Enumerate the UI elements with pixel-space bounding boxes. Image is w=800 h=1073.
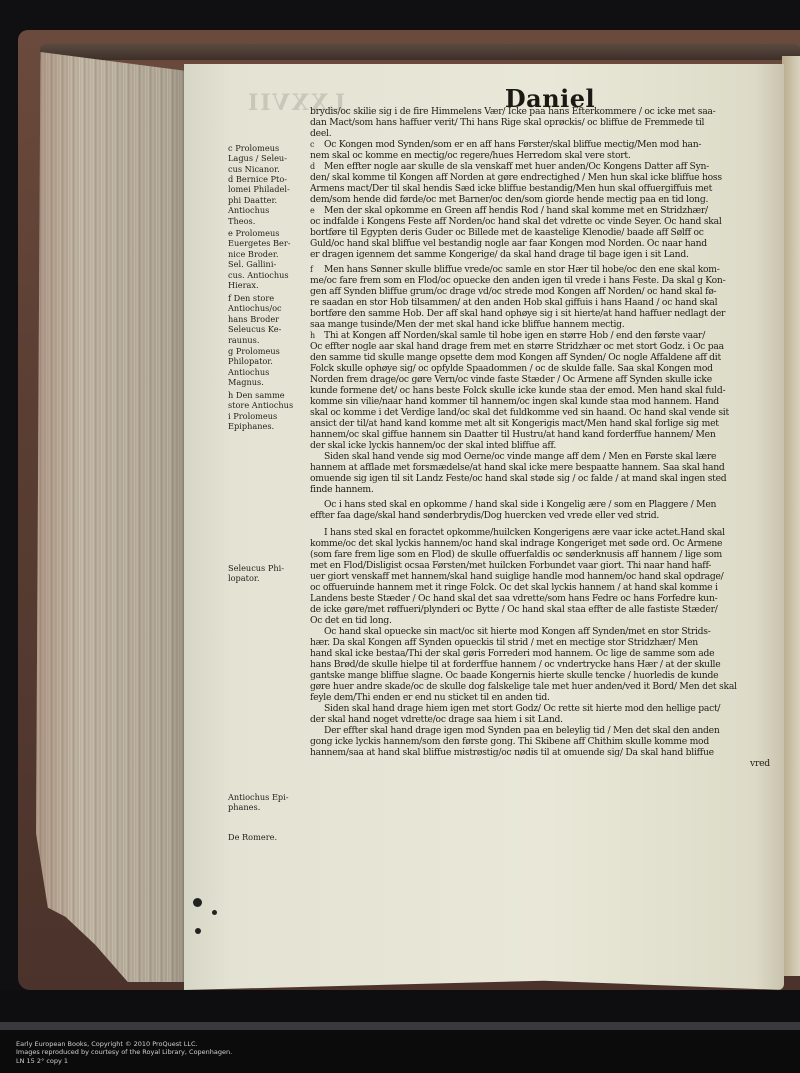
copyright-footer: Early European Books, Copyright © 2010 P… (16, 1040, 232, 1065)
line-text: uer giort venskaff met hannem/skal hand … (310, 571, 724, 582)
line-text: skal oc komme i det Verdige land/oc skal… (310, 407, 729, 418)
text-line: Oc effter nogle aar skal hand drage frem… (310, 341, 724, 352)
margin-note: e Prolomeus Euergetes Ber- nice Broder. … (228, 228, 291, 290)
text-line: der skal hand noget vdrette/oc drage saa… (310, 714, 563, 725)
text-line: der skal icke lyckis hannem/oc der skal … (310, 440, 556, 451)
text-line: gong icke lyckis hannem/som den første g… (310, 736, 709, 747)
line-text: Norden frem drage/oc gøre Vern/oc vinde … (310, 374, 712, 385)
line-text: feyle dem/Thi enden er end nu sticket ti… (310, 692, 550, 703)
line-text: effter faa dage/skal hand sønderbrydis/D… (310, 510, 659, 521)
line-text: Men hans Sønner skulle bliffue vrede/oc … (324, 264, 720, 275)
text-line: dMen effter nogle aar skulle de sla vens… (310, 161, 709, 172)
line-text: bortføre til Egypten deris Guder oc Bill… (310, 227, 704, 238)
text-line: gantske mange bliffue slagne. Oc baade K… (310, 670, 718, 681)
ink-blot (193, 898, 202, 907)
facing-page-edge (782, 56, 800, 976)
scan-strip (0, 1022, 800, 1030)
margin-note: De Romere. (228, 832, 277, 842)
text-line: Norden frem drage/oc gøre Vern/oc vinde … (310, 374, 712, 385)
text-line: gøre huer andre skade/oc de skulle dog f… (310, 681, 737, 692)
line-text: oc offueruinde hannem met it ringe Folck… (310, 582, 718, 593)
text-line: finde hannem. (310, 484, 374, 495)
text-line: komme/oc det skal lyckis hannem/oc hand … (310, 538, 722, 549)
line-text: hannem at afflade met forsmædelse/at han… (310, 462, 725, 473)
margin-note: d Bernice Pto- lomei Philadel- phi Daatt… (228, 174, 290, 226)
line-text: den samme tid skulle mange opsette dem m… (310, 352, 721, 363)
footer-line-shelfmark: LN 15 2° copy 1 (16, 1057, 232, 1065)
line-text: hær. Da skal Kongen aff Synden opueckis … (310, 637, 698, 648)
verse-letter: h (310, 331, 324, 340)
line-text: brydis/oc skilie sig i de fire Himmelens… (310, 106, 716, 117)
text-line: kunde formene det/ oc hans beste Folck s… (310, 385, 725, 396)
line-text: gong icke lyckis hannem/som den første g… (310, 736, 709, 747)
text-line: dan Mact/som hans haffuer verit/ Thi han… (310, 117, 704, 128)
text-line: de icke gøre/met røffueri/plynderi oc By… (310, 604, 718, 615)
line-text: er dragen igennem det samme Kongerige/ d… (310, 249, 689, 260)
text-line: er dragen igennem det samme Kongerige/ d… (310, 249, 689, 260)
page-fore-edge (36, 52, 184, 982)
text-line: gen aff Synden bliffue grum/oc drage vd/… (310, 286, 716, 297)
text-line: cOc Kongen mod Synden/som er en aff hans… (310, 139, 701, 150)
text-line: deel. (310, 128, 331, 139)
line-text: met en Flod/Disligist ocsaa Førsten/met … (310, 560, 711, 571)
text-line: feyle dem/Thi enden er end nu sticket ti… (310, 692, 550, 703)
line-text: Folck skulle ophøye sig/ oc opfylde Spaa… (310, 363, 713, 374)
text-line: Der effter skal hand drage igen mod Synd… (324, 725, 720, 736)
line-text: Landens beste Stæder / Oc hand skal det … (310, 593, 717, 604)
text-line: hannem/oc skal giffue hannem sin Daatter… (310, 429, 716, 440)
line-text: Guld/oc hand skal bliffue vel bestandig … (310, 238, 707, 249)
line-text: omuende sig igen til sit Landz Feste/oc … (310, 473, 726, 484)
text-line: Siden skal hand vende sig mod Oerne/oc v… (324, 451, 716, 462)
text-line: (som fare frem lige som en Flod) de skul… (310, 549, 722, 560)
line-text: de icke gøre/met røffueri/plynderi oc By… (310, 604, 718, 615)
line-text: der skal icke lyckis hannem/oc der skal … (310, 440, 556, 451)
line-text: gantske mange bliffue slagne. Oc baade K… (310, 670, 718, 681)
text-line: hThi at Kongen aff Norden/skal samle til… (310, 330, 705, 341)
line-text: deel. (310, 128, 331, 139)
line-text: gøre huer andre skade/oc de skulle dog f… (310, 681, 737, 692)
line-text: Oc det en tid long. (310, 615, 392, 626)
line-text: hannem/saa at hand skal bliffue mistrøst… (310, 747, 714, 758)
line-text: komme/oc det skal lyckis hannem/oc hand … (310, 538, 722, 549)
line-text: hans Brød/de skulle hielpe til at forder… (310, 659, 720, 670)
text-line: hannem/saa at hand skal bliffue mistrøst… (310, 747, 714, 758)
line-text: Oc effter nogle aar skal hand drage frem… (310, 341, 724, 352)
text-line: dem/som hende did førde/oc met Barner/oc… (310, 194, 708, 205)
line-text: (som fare frem lige som en Flod) de skul… (310, 549, 722, 560)
line-text: ansict der til/at hand kand komme met al… (310, 418, 719, 429)
line-text: der skal hand noget vdrette/oc drage saa… (310, 714, 563, 725)
line-text: Der effter skal hand drage igen mod Synd… (324, 725, 720, 736)
text-line: den samme tid skulle mange opsette dem m… (310, 352, 721, 363)
line-text: den/ skal komme til Kongen aff Norden at… (310, 172, 722, 183)
text-line: effter faa dage/skal hand sønderbrydis/D… (310, 510, 659, 521)
text-line: Guld/oc hand skal bliffue vel bestandig … (310, 238, 707, 249)
line-text: bortføre den samme Hob. Der aff skal han… (310, 308, 725, 319)
text-line: uer giort venskaff met hannem/skal hand … (310, 571, 724, 582)
line-text: oc indfalde i Kongens Feste aff Norden/o… (310, 216, 722, 227)
line-text: hand skal icke bestaa/Thi der skal gøris… (310, 648, 714, 659)
line-text: Oc i hans sted skal en opkomme / hand sk… (324, 499, 716, 510)
line-text: hannem/oc skal giffue hannem sin Daatter… (310, 429, 716, 440)
line-text: Men der skal opkomme en Green aff hendis… (324, 205, 708, 216)
text-line: met en Flod/Disligist ocsaa Førsten/met … (310, 560, 711, 571)
text-line: komme sin vilie/naar hand kommer til han… (310, 396, 719, 407)
line-text: saa mange tusinde/Men der met skal hand … (310, 319, 624, 330)
text-line: me/oc fare frem som en Flod/oc opuecke d… (310, 275, 725, 286)
line-text: dem/som hende did førde/oc met Barner/oc… (310, 194, 708, 205)
verse-letter: d (310, 162, 324, 171)
text-line: bortføre til Egypten deris Guder oc Bill… (310, 227, 704, 238)
text-line: Oc det en tid long. (310, 615, 392, 626)
text-line: nem skal oc komme en mectig/oc regere/hu… (310, 150, 631, 161)
text-line: Siden skal hand drage hiem igen met stor… (324, 703, 720, 714)
line-text: Siden skal hand drage hiem igen met stor… (324, 703, 720, 714)
verse-letter: e (310, 206, 324, 215)
margin-note: Antiochus Epi- phanes. (228, 792, 289, 813)
text-line: Oc i hans sted skal en opkomme / hand sk… (324, 499, 716, 510)
line-text: I hans sted skal en foractet opkomme/hui… (324, 527, 725, 538)
line-text: Oc hand skal opuecke sin mact/oc sit hie… (324, 626, 711, 637)
margin-note: g Prolomeus Philopator. Antiochus Magnus… (228, 346, 280, 388)
text-line: hær. Da skal Kongen aff Synden opueckis … (310, 637, 698, 648)
line-text: finde hannem. (310, 484, 374, 495)
text-line: Landens beste Stæder / Oc hand skal det … (310, 593, 717, 604)
line-text: Thi at Kongen aff Norden/skal samle til … (324, 330, 705, 341)
line-text: komme sin vilie/naar hand kommer til han… (310, 396, 719, 407)
line-text: Siden skal hand vende sig mod Oerne/oc v… (324, 451, 716, 462)
line-text: re saadan en stor Hob tilsammen/ at den … (310, 297, 717, 308)
text-line: hans Brød/de skulle hielpe til at forder… (310, 659, 720, 670)
line-text: gen aff Synden bliffue grum/oc drage vd/… (310, 286, 716, 297)
text-line: Armens mact/Der til skal hendis Sæd icke… (310, 183, 712, 194)
margin-note: f Den store Antiochus/oc hans Broder Sel… (228, 293, 282, 345)
footer-line-copyright: Early European Books, Copyright © 2010 P… (16, 1040, 232, 1048)
text-line: den/ skal komme til Kongen aff Norden at… (310, 172, 722, 183)
text-line: re saadan en stor Hob tilsammen/ at den … (310, 297, 717, 308)
text-line: saa mange tusinde/Men der met skal hand … (310, 319, 624, 330)
ink-blot (195, 928, 201, 934)
footer-line-courtesy: Images reproduced by courtesy of the Roy… (16, 1048, 232, 1056)
margin-note: Seleucus Phi- lopator. (228, 563, 284, 584)
text-line: fMen hans Sønner skulle bliffue vrede/oc… (310, 264, 720, 275)
book-scan: LXXVII Daniel c Prolomeus Lagus / Seleu-… (0, 0, 800, 1030)
line-text: Men effter nogle aar skulle de sla vensk… (324, 161, 709, 172)
text-line: hannem at afflade met forsmædelse/at han… (310, 462, 725, 473)
line-text: dan Mact/som hans haffuer verit/ Thi han… (310, 117, 704, 128)
cover-top-edge (40, 44, 800, 60)
text-line: brydis/oc skilie sig i de fire Himmelens… (310, 106, 716, 117)
text-line: oc offueruinde hannem met it ringe Folck… (310, 582, 718, 593)
text-line: Oc hand skal opuecke sin mact/oc sit hie… (324, 626, 711, 637)
text-line: ansict der til/at hand kand komme met al… (310, 418, 719, 429)
text-line: I hans sted skal en foractet opkomme/hui… (324, 527, 725, 538)
verse-letter: c (310, 140, 324, 149)
margin-note: h Den samme store Antiochus i Prolomeus … (228, 390, 293, 432)
text-line: skal oc komme i det Verdige land/oc skal… (310, 407, 729, 418)
text-line: eMen der skal opkomme en Green aff hendi… (310, 205, 708, 216)
line-text: Armens mact/Der til skal hendis Sæd icke… (310, 183, 712, 194)
line-text: kunde formene det/ oc hans beste Folck s… (310, 385, 725, 396)
text-line: vred (750, 758, 770, 769)
text-line: bortføre den samme Hob. Der aff skal han… (310, 308, 725, 319)
text-line: hand skal icke bestaa/Thi der skal gøris… (310, 648, 714, 659)
text-line: oc indfalde i Kongens Feste aff Norden/o… (310, 216, 722, 227)
text-line: Folck skulle ophøye sig/ oc opfylde Spaa… (310, 363, 713, 374)
text-line: omuende sig igen til sit Landz Feste/oc … (310, 473, 726, 484)
line-text: vred (750, 758, 770, 769)
line-text: me/oc fare frem som en Flod/oc opuecke d… (310, 275, 725, 286)
line-text: Oc Kongen mod Synden/som er en aff hans … (324, 139, 701, 150)
verse-letter: f (310, 265, 324, 274)
ink-blot (212, 910, 217, 915)
line-text: nem skal oc komme en mectig/oc regere/hu… (310, 150, 631, 161)
margin-note: c Prolomeus Lagus / Seleu- cus Nicanor. (228, 143, 287, 174)
